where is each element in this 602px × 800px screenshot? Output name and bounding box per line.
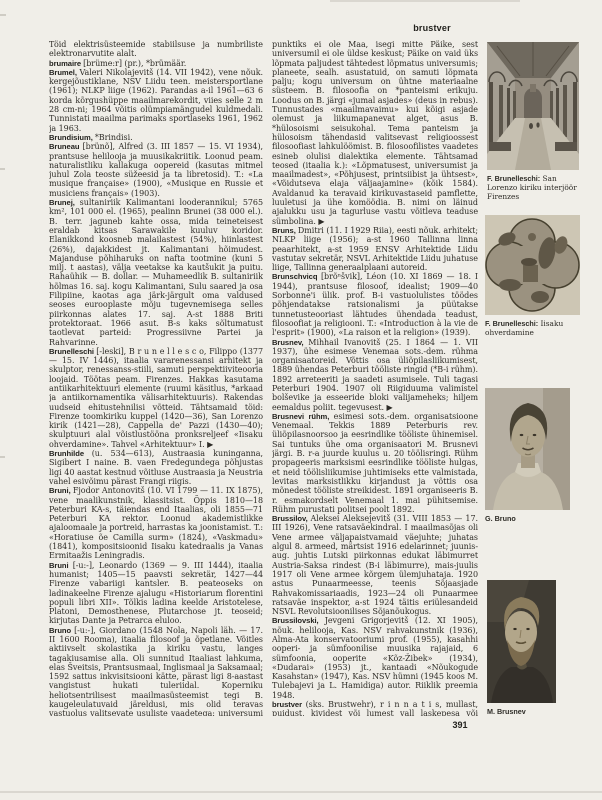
- encyclopedia-entry: Brunhilde (u. 534—613), Austraasia kunin…: [49, 449, 263, 486]
- encyclopedia-entry: punktiks ei ole Maa, isegi mitte Päike, …: [272, 40, 478, 226]
- figure-caption-name: G. Bruno: [485, 514, 516, 523]
- right-text-column: punktiks ei ole Maa, isegi mitte Päike, …: [272, 40, 478, 716]
- encyclopedia-entry: Bruni, Fjodor Antonovitš (10. VI 1799 — …: [49, 486, 263, 560]
- entry-headword: Brusnev,: [272, 338, 308, 347]
- entry-headword: Brunhilde: [49, 449, 92, 458]
- entry-body: Fjodor Antonovitš (10. VI 1799 — 11. IX …: [49, 486, 263, 560]
- entry-headword: Brumel,: [49, 68, 80, 77]
- entry-body: [-leski], B r u n e l l e s c o, Filippo…: [49, 347, 263, 449]
- running-head: brustver: [372, 23, 492, 33]
- encyclopedia-entry: Brunej, sultaniriik Kalimantani looderan…: [49, 198, 263, 347]
- figure-isaac-relief: F. Brunelleschi: Iisaku ohverdamine: [485, 215, 580, 337]
- encyclopedia-entry: Brundisium, *Brindisi.: [49, 133, 263, 142]
- figure-caption-artist: F. Brunelleschi:: [485, 319, 538, 328]
- left-text-column: Töid elektrisüsteemide stabiilsuse ja nu…: [49, 40, 263, 716]
- entry-body: [brünõ], Alfred (3. III 1857 — 15. VI 19…: [49, 142, 263, 197]
- encyclopedia-entry: Brussilovski, Jevgeni Grigorjevitš (12. …: [272, 616, 478, 700]
- entry-headword: Brusnevi rühm,: [272, 412, 334, 421]
- page-number: 391: [440, 720, 480, 730]
- entry-body: Dmitri (11. I 1929 Riia), eesti nõuk. ar…: [272, 226, 478, 272]
- encyclopedia-entry: Brusnev, Mihhail Ivanovitš (25. I 1864 —…: [272, 338, 478, 412]
- entry-headword: Bruns,: [272, 226, 298, 235]
- page-bottom-edge: [0, 791, 602, 793]
- scan-artifact: [0, 14, 6, 16]
- isaac-relief-photo-icon: [485, 215, 580, 315]
- entry-body: [brõⁿšvik], Léon (10. XI 1869 — 18. I 19…: [272, 272, 478, 337]
- entry-headword: Bruneau: [49, 142, 83, 151]
- encyclopedia-entry: brumaire [brüme:r] (pr.), *brümäär.: [49, 59, 263, 68]
- scan-artifact: [0, 456, 5, 458]
- figure-caption-artist: F. Brunelleschi:: [487, 174, 540, 183]
- entry-headword: Brussilov,: [272, 514, 310, 523]
- figure-caption: F. Brunelleschi: San Lorenzo kiriku inte…: [487, 174, 579, 201]
- entry-headword: brustver: [272, 700, 306, 709]
- entry-headword: brumaire: [49, 59, 83, 68]
- bruno-portrait-icon: [485, 388, 570, 510]
- entry-body: Jevgeni Grigorjevitš (12. XI 1905), nõuk…: [272, 616, 478, 699]
- entry-headword: Bruni: [49, 561, 73, 570]
- encyclopedia-entry: Brussilov, Aleksei Aleksejevitš (31. VII…: [272, 514, 478, 616]
- figure-caption: G. Bruno: [485, 514, 570, 523]
- encyclopedia-page: { "page": { "header_word": "brustver", "…: [0, 0, 602, 800]
- figure-bruno-portrait: G. Bruno: [485, 388, 570, 523]
- encyclopedia-entry: Brunelleschi [-leski], B r u n e l l e s…: [49, 347, 263, 449]
- entry-body: Töid elektrisüsteemide stabiilsuse ja nu…: [49, 40, 263, 58]
- encyclopedia-entry: Brusnevi rühm, esimesi sots.-dem. organi…: [272, 412, 478, 514]
- page-top-edge: [330, 0, 520, 2]
- encyclopedia-entry: Bruneau [brünõ], Alfred (3. III 1857 — 1…: [49, 142, 263, 198]
- brusnev-portrait-icon: [487, 580, 556, 703]
- scan-artifact: [0, 168, 5, 170]
- encyclopedia-entry: Brunschvicq [brõⁿšvik], Léon (10. XI 186…: [272, 272, 478, 337]
- entry-body: *Brindisi.: [95, 133, 133, 142]
- encyclopedia-entry: brustver (sks. Brustwehr), r i n n a t i…: [272, 700, 478, 716]
- entry-body: Valeri Nikolajevitš (14. VII 1942), vene…: [49, 68, 263, 133]
- figure-caption: F. Brunelleschi: Iisaku ohverdamine: [485, 319, 580, 337]
- entry-headword: Brunelleschi: [49, 347, 96, 356]
- encyclopedia-entry: Bruns, Dmitri (11. I 1929 Riia), eesti n…: [272, 226, 478, 272]
- encyclopedia-entry: Brumel, Valeri Nikolajevitš (14. VII 194…: [49, 68, 263, 133]
- figure-brusnev-portrait: M. Brusnev: [487, 580, 556, 716]
- entry-headword: Bruno: [49, 626, 74, 635]
- entry-headword: Brunschvicq: [272, 272, 321, 281]
- entry-body: Aleksei Aleksejevitš (31. VIII 1853 — 17…: [272, 514, 478, 616]
- entry-body: punktiks ei ole Maa, isegi mitte Päike, …: [272, 40, 478, 226]
- entry-body: sultaniriik Kalimantani looderannikul; 5…: [49, 198, 263, 346]
- encyclopedia-entry: Bruno [-u:-], Giordano (1548 Nola, Napol…: [49, 626, 263, 716]
- san-lorenzo-photo-icon: [487, 42, 579, 170]
- figure-caption-name: M. Brusnev: [487, 707, 526, 716]
- entry-headword: Brunej,: [49, 198, 80, 207]
- figure-caption: M. Brusnev: [487, 707, 556, 716]
- entry-headword: Brussilovski,: [272, 616, 325, 625]
- entry-headword: Brundisium,: [49, 133, 95, 142]
- figure-san-lorenzo: F. Brunelleschi: San Lorenzo kiriku inte…: [487, 42, 579, 201]
- entry-body: [-u:-], Giordano (1548 Nola, Napoli läh.…: [49, 626, 263, 716]
- encyclopedia-entry: Töid elektrisüsteemide stabiilsuse ja nu…: [49, 40, 263, 59]
- entry-body: [-u:-], Leonardo (1369 — 9. III 1444), i…: [49, 561, 263, 626]
- entry-body: Mihhail Ivanovitš (25. I 1864 — 1. VII 1…: [272, 338, 478, 412]
- encyclopedia-entry: Bruni [-u:-], Leonardo (1369 — 9. III 14…: [49, 561, 263, 626]
- entry-body: esimesi sots.-dem. organisatsioone Venem…: [272, 412, 478, 514]
- entry-headword: Bruni,: [49, 486, 73, 495]
- entry-body: [brüme:r] (pr.), *brümäär.: [83, 59, 186, 68]
